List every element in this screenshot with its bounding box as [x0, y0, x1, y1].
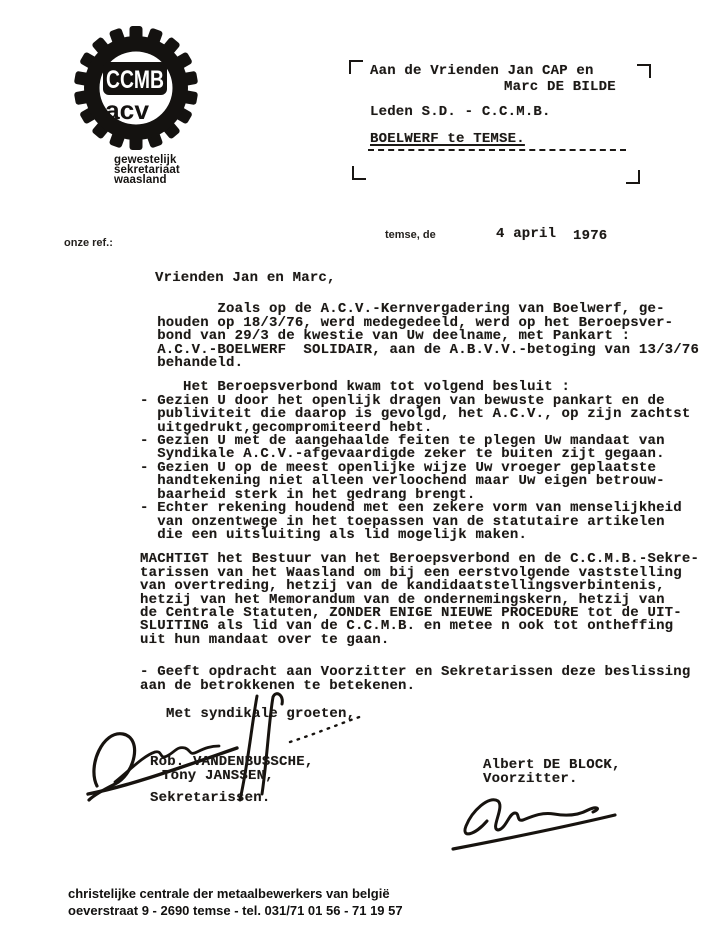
dateline-date: 4 april: [496, 226, 556, 242]
bracket-bottom-right: [626, 170, 640, 184]
paragraph-introduction: Zoals op de A.C.V.-Kernvergadering van B…: [140, 303, 725, 370]
footer-org-line: christelijke centrale der metaalbewerker…: [68, 885, 403, 902]
recipient-dashed-underline: [368, 149, 626, 151]
logo-acv-text: acv: [105, 95, 150, 125]
signer-left-role: Sekretarissen.: [150, 790, 270, 806]
bracket-top-left: [349, 60, 363, 74]
letterhead-footer: christelijke centrale der metaalbewerker…: [68, 885, 403, 919]
dateline-year: 1976: [573, 228, 607, 244]
logo-ccmb-text: CCMB: [106, 66, 164, 94]
bracket-bottom-left: [352, 166, 366, 180]
signature-right-handwriting: [445, 785, 645, 860]
recipient-line-3: Leden S.D. - C.C.M.B.: [370, 104, 551, 120]
reference-label: onze ref.:: [64, 237, 113, 249]
ccmb-acv-gear-logo-icon: CCMB acv: [70, 26, 202, 152]
paragraph-machtigt: MACHTIGT het Bestuur van het Beroepsverb…: [140, 553, 725, 647]
footer-address-line: oeverstraat 9 - 2690 temse - tel. 031/71…: [68, 902, 403, 919]
scanned-letter-page: CCMB acv gewestelijk sekretariaat waasla…: [0, 0, 725, 926]
salutation: Vrienden Jan en Marc,: [140, 272, 725, 285]
signer-left-name-2: Tony JANSSEN,: [162, 768, 274, 784]
bracket-top-right: [637, 64, 651, 78]
recipient-line-1: Aan de Vrienden Jan CAP en: [370, 64, 594, 79]
recipient-line-2: Marc DE BILDE: [504, 80, 616, 95]
letterhead-org-name: gewestelijk sekretariaat waasland: [114, 155, 180, 185]
letter-body: Vrienden Jan en Marc, Zoals op de A.C.V.…: [140, 272, 725, 721]
dateline-place: temse, de: [385, 229, 436, 241]
recipient-line-4: BOELWERF te TEMSE.: [370, 131, 525, 147]
paragraph-decision-list: Het Beroepsverbond kwam tot volgend besl…: [140, 381, 725, 542]
